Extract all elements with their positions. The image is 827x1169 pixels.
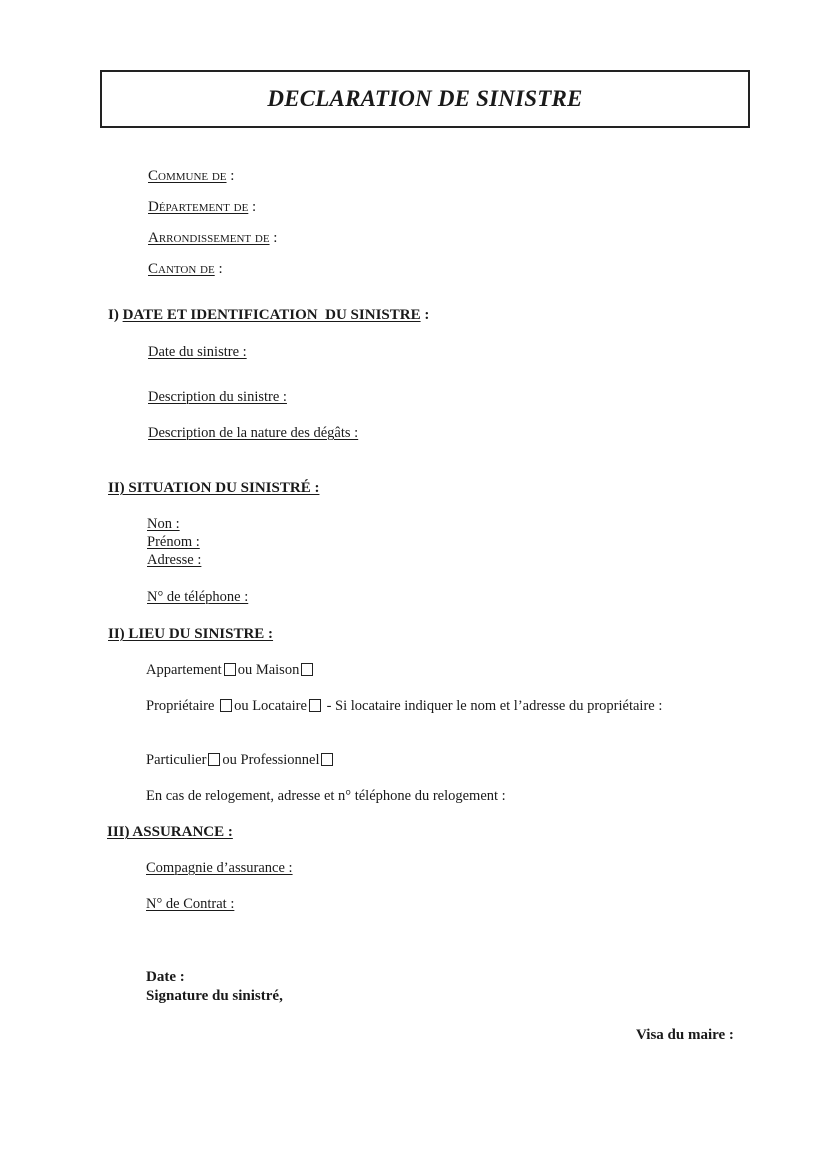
maison-checkbox[interactable] (301, 663, 313, 676)
locataire-note: - Si locataire indiquer le nom et l’adre… (327, 698, 663, 714)
appartement-label: Appartement (146, 662, 222, 678)
occupant-type-row: Propriétaire ou Locataire - Si locataire… (146, 698, 662, 715)
arrondissement-field: Arrondissement de : (148, 230, 277, 247)
description-sinistre-field: Description du sinistre : (148, 389, 287, 406)
professionnel-label: ou Professionnel (222, 752, 319, 768)
nom-field: Non : (147, 516, 180, 533)
commune-label: Commune de (148, 168, 227, 184)
signature-date: Date : (146, 969, 185, 986)
proprietaire-checkbox[interactable] (220, 699, 232, 712)
particulier-label: Particulier (146, 752, 206, 768)
prenom-field: Prénom : (147, 534, 200, 551)
section-situation-sinistre: II) SITUATION DU SINISTRÉ : (108, 480, 319, 497)
commune-field: Commune de : (148, 168, 234, 185)
canton-label: Canton de (148, 261, 215, 277)
signature-sinistre: Signature du sinistré, (146, 988, 283, 1005)
visa-maire: Visa du maire : (636, 1027, 734, 1044)
locataire-label: ou Locataire (234, 698, 307, 714)
professionnel-checkbox[interactable] (321, 753, 333, 766)
statut-row: Particulierou Professionnel (146, 752, 335, 769)
compagnie-assurance-field: Compagnie d’assurance : (146, 860, 293, 877)
nature-degats-field: Description de la nature des dégâts : (148, 425, 358, 442)
adresse-field: Adresse : (147, 552, 201, 569)
section-heading: DATE ET IDENTIFICATION DU SINISTRE (123, 307, 421, 323)
particulier-checkbox[interactable] (208, 753, 220, 766)
locataire-checkbox[interactable] (309, 699, 321, 712)
document-title: DECLARATION DE SINISTRE (102, 86, 748, 112)
date-sinistre-field: Date du sinistre : (148, 344, 247, 361)
relogement-field: En cas de relogement, adresse et n° télé… (146, 788, 506, 805)
departement-label: Département de (148, 199, 248, 215)
section-assurance: III) ASSURANCE : (107, 824, 233, 841)
canton-field: Canton de : (148, 261, 223, 278)
appartement-checkbox[interactable] (224, 663, 236, 676)
logement-type-row: Appartementou Maison (146, 662, 315, 679)
numero-contrat-field: N° de Contrat : (146, 896, 234, 913)
arrondissement-label: Arrondissement de (148, 230, 270, 246)
maison-label: ou Maison (238, 662, 300, 678)
departement-field: Département de : (148, 199, 256, 216)
proprietaire-label: Propriétaire (146, 698, 214, 714)
telephone-field: N° de téléphone : (147, 589, 248, 606)
section-lieu-sinistre: II) LIEU DU SINISTRE : (108, 626, 273, 643)
title-box: DECLARATION DE SINISTRE (100, 70, 750, 128)
section-date-identification: I) DATE ET IDENTIFICATION DU SINISTRE : (108, 307, 429, 324)
